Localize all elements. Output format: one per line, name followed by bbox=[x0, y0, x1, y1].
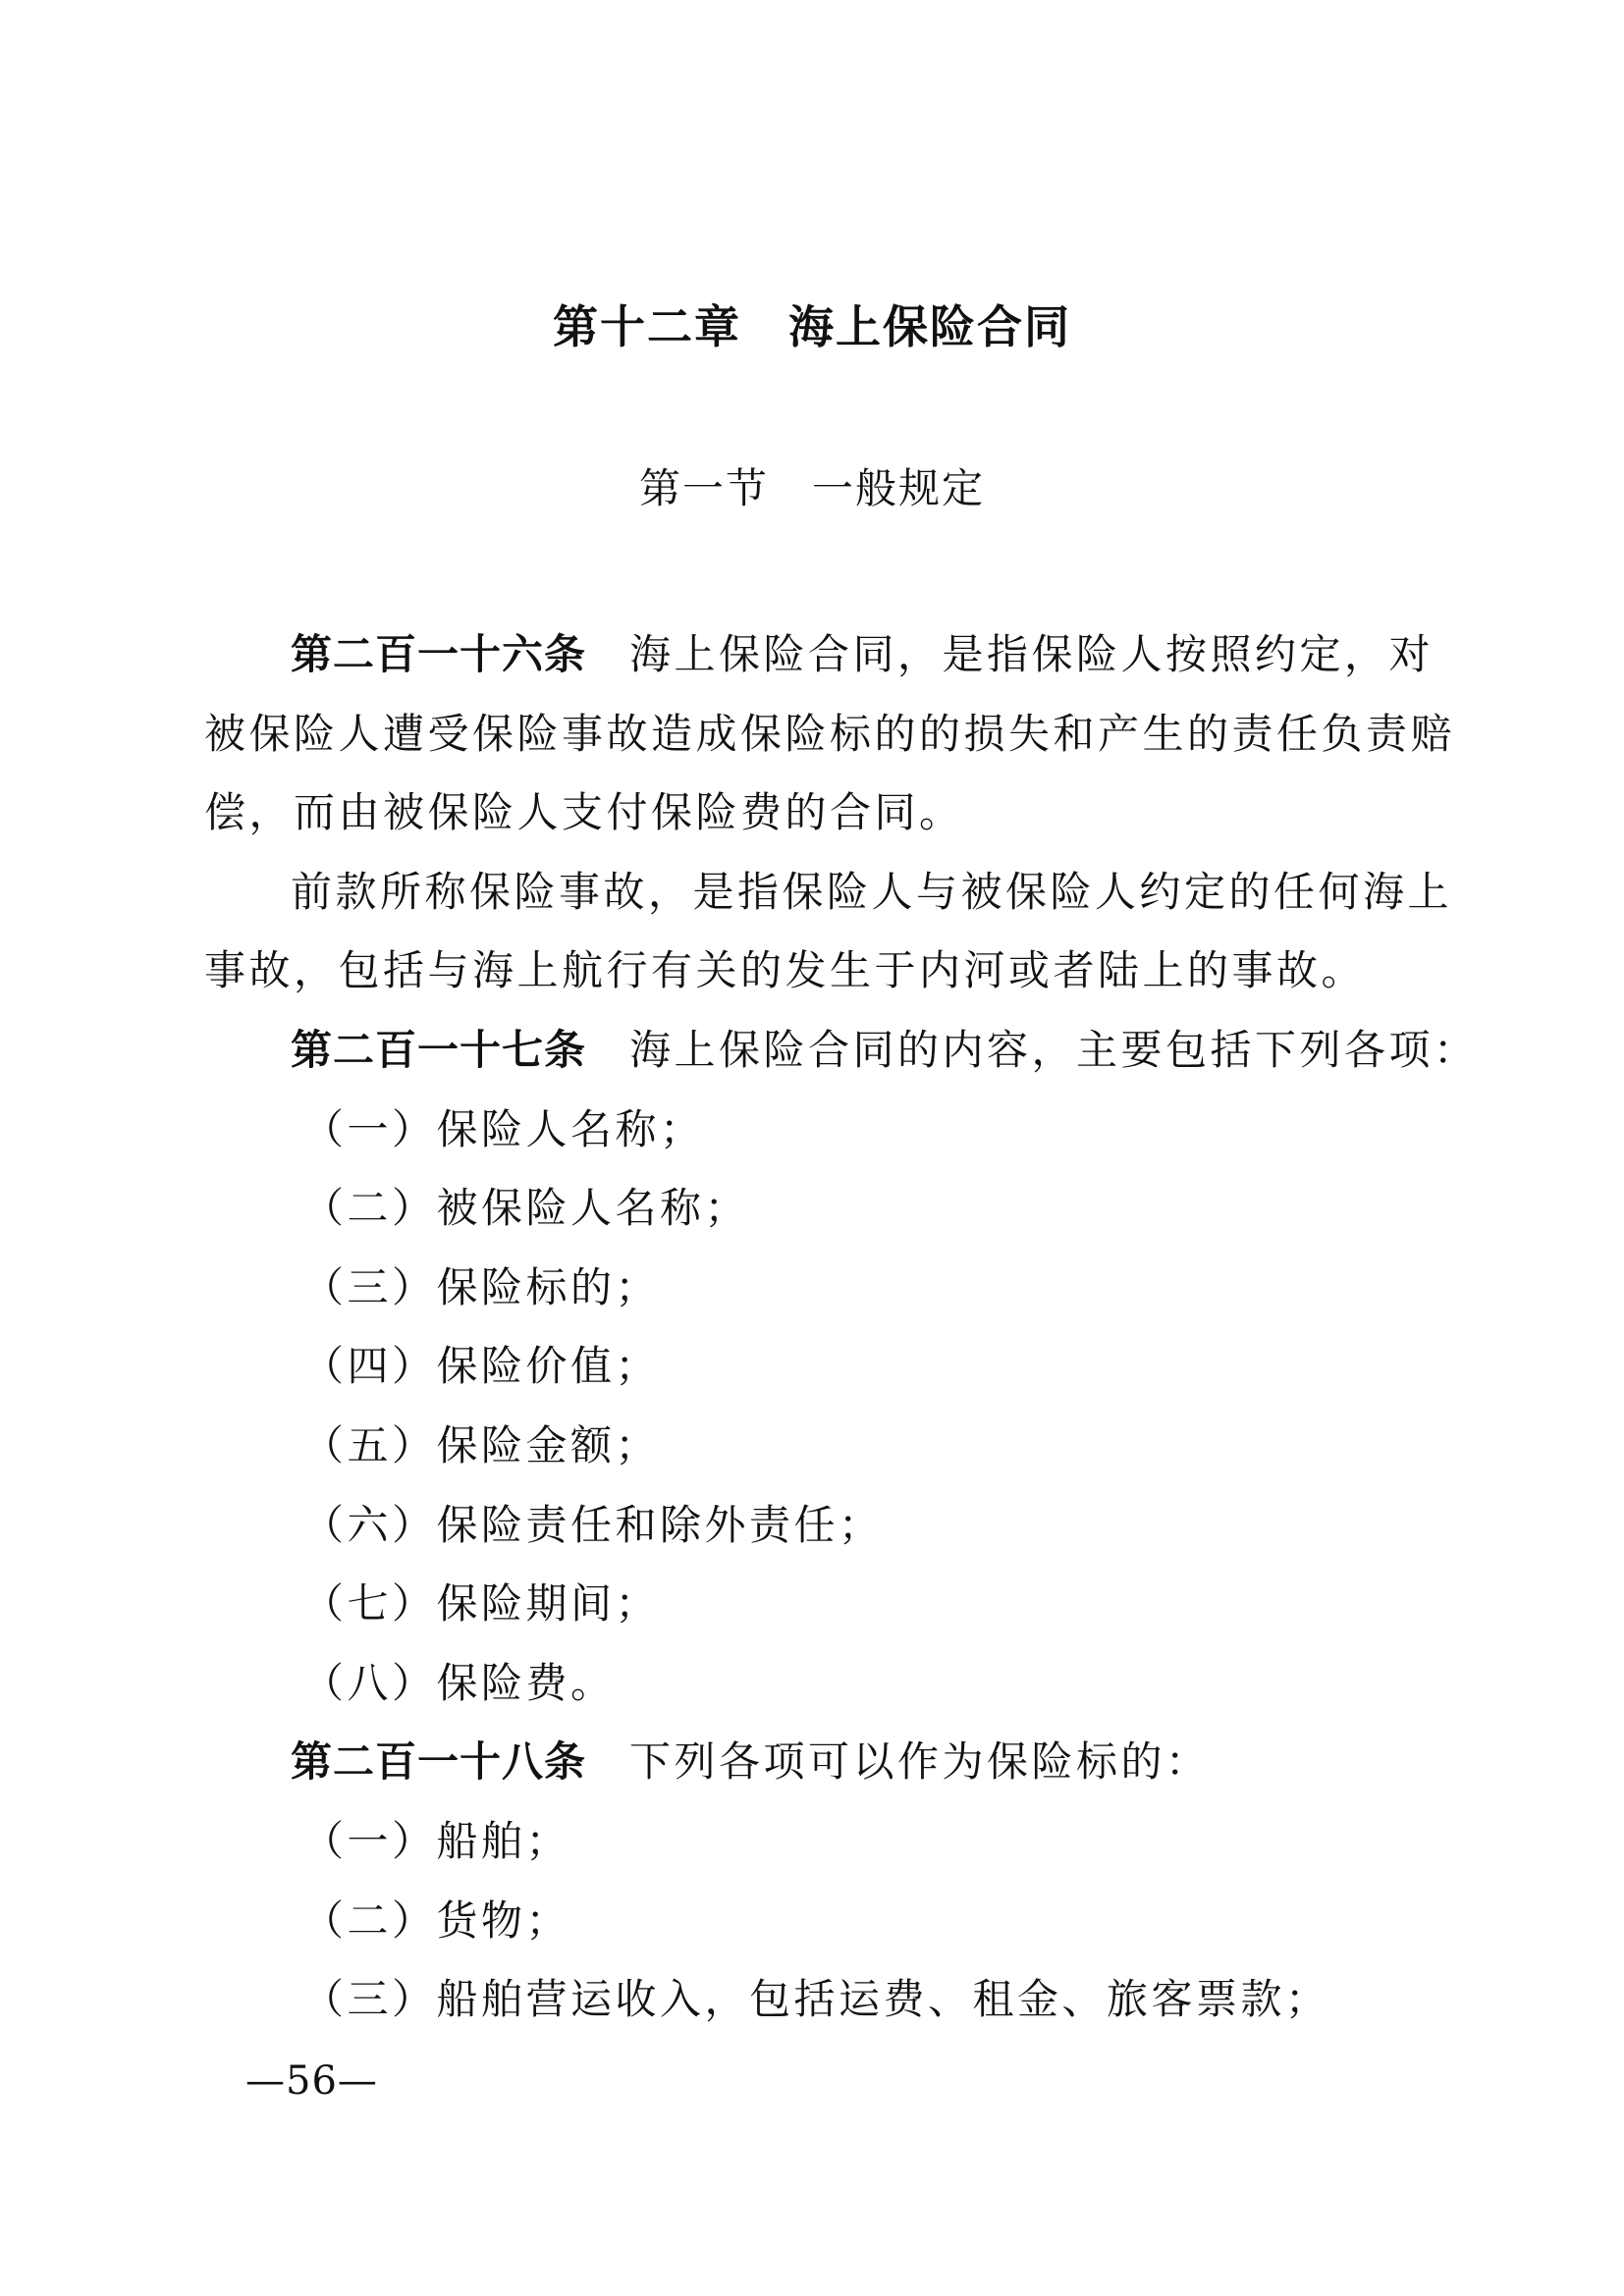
list-item: （七）保险期间； bbox=[204, 1565, 1432, 1644]
list-item: （八）保险费。 bbox=[204, 1644, 1432, 1724]
document-page: 第十二章 海上保险合同 第一节 一般规定 第二百一十六条海上保险合同，是指保险人… bbox=[0, 0, 1624, 2296]
article-text: 海上保险合同，是指保险人按照约定，对 bbox=[629, 630, 1434, 678]
list-item: （一）保险人名称； bbox=[204, 1091, 1432, 1170]
list-item: （二）货物； bbox=[204, 1882, 1432, 1961]
list-item: （一）船舶； bbox=[204, 1802, 1432, 1882]
article-217-intro: 第二百一十七条海上保险合同的内容，主要包括下列各项： bbox=[204, 1011, 1432, 1091]
body-text: 第二百一十六条海上保险合同，是指保险人按照约定，对 被保险人遭受保险事故造成保险… bbox=[204, 615, 1432, 2040]
article-number: 第二百一十七条 bbox=[291, 1026, 586, 1074]
article-216-line-1: 第二百一十六条海上保险合同，是指保险人按照约定，对 bbox=[204, 615, 1432, 695]
chapter-title: 第十二章 海上保险合同 bbox=[0, 294, 1624, 359]
list-item: （五）保险金额； bbox=[204, 1407, 1432, 1486]
list-item: （四）保险价值； bbox=[204, 1327, 1432, 1407]
article-text: 下列各项可以作为保险标的： bbox=[629, 1737, 1211, 1786]
article-216-line-2: 被保险人遭受保险事故造成保险标的的损失和产生的责任负责赔 bbox=[204, 695, 1432, 774]
list-item: （三）保险标的； bbox=[204, 1249, 1432, 1328]
article-number: 第二百一十六条 bbox=[291, 630, 586, 678]
article-text: 海上保险合同的内容，主要包括下列各项： bbox=[629, 1026, 1479, 1074]
article-number: 第二百一十八条 bbox=[291, 1737, 586, 1786]
list-item: （二）被保险人名称； bbox=[204, 1169, 1432, 1249]
article-218-intro: 第二百一十八条下列各项可以作为保险标的： bbox=[204, 1723, 1432, 1802]
article-216-para2-line-2: 事故，包括与海上航行有关的发生于内河或者陆上的事故。 bbox=[204, 932, 1432, 1011]
list-item: （六）保险责任和除外责任； bbox=[204, 1486, 1432, 1566]
list-item: （三）船舶营运收入，包括运费、租金、旅客票款； bbox=[204, 1960, 1432, 2040]
section-title: 第一节 一般规定 bbox=[0, 456, 1624, 521]
page-number: —56— bbox=[245, 2054, 378, 2109]
article-216-para2-line-1: 前款所称保险事故，是指保险人与被保险人约定的任何海上 bbox=[204, 853, 1432, 933]
article-216-line-3: 偿，而由被保险人支付保险费的合同。 bbox=[204, 774, 1432, 853]
